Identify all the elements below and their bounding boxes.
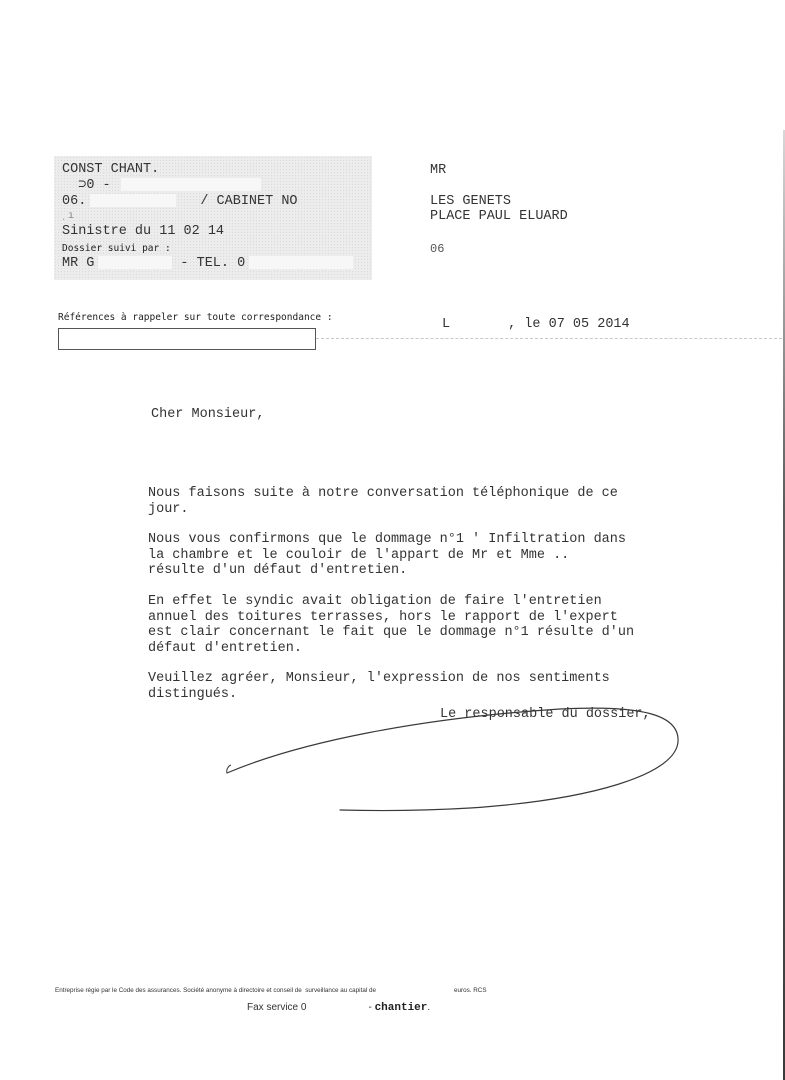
fax-end: . (427, 1002, 430, 1013)
paragraph-3: En effet le syndic avait obligation de f… (148, 594, 708, 656)
sender-phone-line: 06./ CABINET NO (62, 194, 298, 210)
sender-cabinet: / CABINET NO (200, 194, 297, 209)
sender-block: CONST CHANT. ⊃0 - 06./ CABINET NO ͺ ı Si… (54, 156, 372, 280)
sender-address-text: ⊃0 - (62, 178, 111, 193)
paragraph-1: Nous faisons suite à notre conversation … (148, 486, 708, 517)
paragraph-line: annuel des toitures terrasses, hors le r… (148, 610, 708, 626)
paragraph-line: défaut d'entretien. (148, 641, 708, 657)
paragraph-line: résulte d'un défaut d'entretien. (148, 563, 708, 579)
footer-fax: Fax service 0- chantier. (247, 1002, 430, 1014)
paragraph-line: Nous faisons suite à notre conversation … (148, 486, 708, 502)
separator-rule (316, 338, 782, 339)
recipient-address-line2: PLACE PAUL ELUARD (430, 209, 568, 225)
letter-date: , le 07 05 2014 (508, 317, 630, 332)
contact-line: MR G- TEL. 0 (62, 256, 353, 272)
paragraph-line: la chambre et le couloir de l'appart de … (148, 548, 708, 564)
followed-by-label: Dossier suivi par : (62, 243, 171, 254)
recipient-postcode: 06 (430, 241, 444, 257)
fax-label: Fax service 0 (247, 1002, 306, 1013)
legal-text: Entreprise régie par le Code des assuran… (55, 987, 376, 994)
paragraph-line: est clair concernant le fait que le domm… (148, 625, 708, 641)
references-box (58, 328, 316, 350)
legal-text-end: euros. RCS (454, 987, 487, 994)
paragraph-line: distingués. (148, 687, 708, 703)
redacted-area (90, 194, 176, 207)
sender-address-line: ⊃0 - (62, 178, 261, 194)
salutation: Cher Monsieur, (151, 407, 264, 422)
date-line: L, le 07 05 2014 (442, 317, 630, 332)
redacted-area (98, 256, 172, 269)
paragraph-4: Veuillez agréer, Monsieur, l'expression … (148, 671, 708, 702)
paragraph-2: Nous vous confirmons que le dommage n°1 … (148, 532, 708, 579)
footer-legal-notice: Entreprise régie par le Code des assuran… (55, 987, 487, 994)
paragraph-line: En effet le syndic avait obligation de f… (148, 594, 708, 610)
sender-phone-prefix: 06. (62, 194, 86, 209)
city-initial: L (442, 317, 450, 332)
claim-date: Sinistre du 11 02 14 (62, 224, 224, 240)
contact-name: MR G (62, 256, 94, 271)
sender-redacted-line: ͺ ı (62, 209, 74, 225)
recipient-address-line1: LES GENETS (430, 194, 511, 210)
signature-title: Le responsable du dossier, (440, 707, 651, 722)
paragraph-line: Nous vous confirmons que le dommage n°1 … (148, 532, 708, 548)
redacted-area (249, 256, 353, 269)
recipient-title: MR (430, 163, 446, 179)
sender-company: CONST CHANT. (62, 162, 159, 178)
paragraph-line: Veuillez agréer, Monsieur, l'expression … (148, 671, 708, 687)
redacted-area (121, 178, 261, 191)
references-label: Références à rappeler sur toute correspo… (58, 312, 333, 323)
contact-phone: - TEL. 0 (180, 256, 245, 271)
fax-department: chantier (375, 1002, 428, 1014)
paragraph-line: jour. (148, 502, 708, 518)
